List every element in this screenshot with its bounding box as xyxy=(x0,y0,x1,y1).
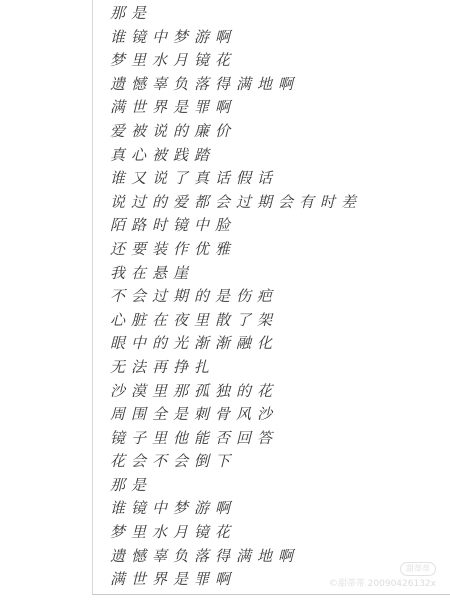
lyric-line: 梦里水月镜花 xyxy=(110,521,362,545)
lyric-line: 遗憾辜负落得满地啊 xyxy=(110,545,362,569)
lyric-line: 陌路时镜中脸 xyxy=(110,214,362,238)
lyric-line: 满世界是罪啊 xyxy=(110,96,362,120)
lyric-line: 花会不会倒下 xyxy=(110,450,362,474)
lyric-line: 还要装作优雅 xyxy=(110,238,362,262)
lyric-line: 满世界是罪啊 xyxy=(110,568,362,592)
lyric-line: 不会过期的是伤疤 xyxy=(110,285,362,309)
lyric-line: 心脏在夜里散了架 xyxy=(110,309,362,333)
lyric-line: 真心被践踏 xyxy=(110,144,362,168)
lyric-line: 说过的爱都会过期会有时差 xyxy=(110,191,362,215)
lyric-line: 那是 xyxy=(110,474,362,498)
watermark: 甜蒂蒂 ©甜蒂蒂 20090426132x xyxy=(329,562,436,590)
lyric-line: 谁镜中梦游啊 xyxy=(110,26,362,50)
lyrics-list: 那是 谁镜中梦游啊 梦里水月镜花 遗憾辜负落得满地啊 满世界是罪啊 爱被说的廉价… xyxy=(110,2,362,592)
lyric-line: 眼中的光渐渐融化 xyxy=(110,332,362,356)
lyric-line: 那是 xyxy=(110,2,362,26)
lyric-line: 我在悬崖 xyxy=(110,262,362,286)
watermark-badge: 甜蒂蒂 xyxy=(400,562,436,576)
lyric-line: 无法再挣扎 xyxy=(110,356,362,380)
watermark-text: ©甜蒂蒂 20090426132x xyxy=(329,578,436,590)
lyric-line: 谁又说了真话假话 xyxy=(110,167,362,191)
lyric-line: 周围全是刺骨风沙 xyxy=(110,403,362,427)
lyric-line: 沙漠里那孤独的花 xyxy=(110,380,362,404)
lyric-line: 镜子里他能否回答 xyxy=(110,427,362,451)
lyric-line: 爱被说的廉价 xyxy=(110,120,362,144)
lyric-line: 遗憾辜负落得满地啊 xyxy=(110,73,362,97)
lyric-line: 谁镜中梦游啊 xyxy=(110,497,362,521)
lyric-line: 梦里水月镜花 xyxy=(110,49,362,73)
